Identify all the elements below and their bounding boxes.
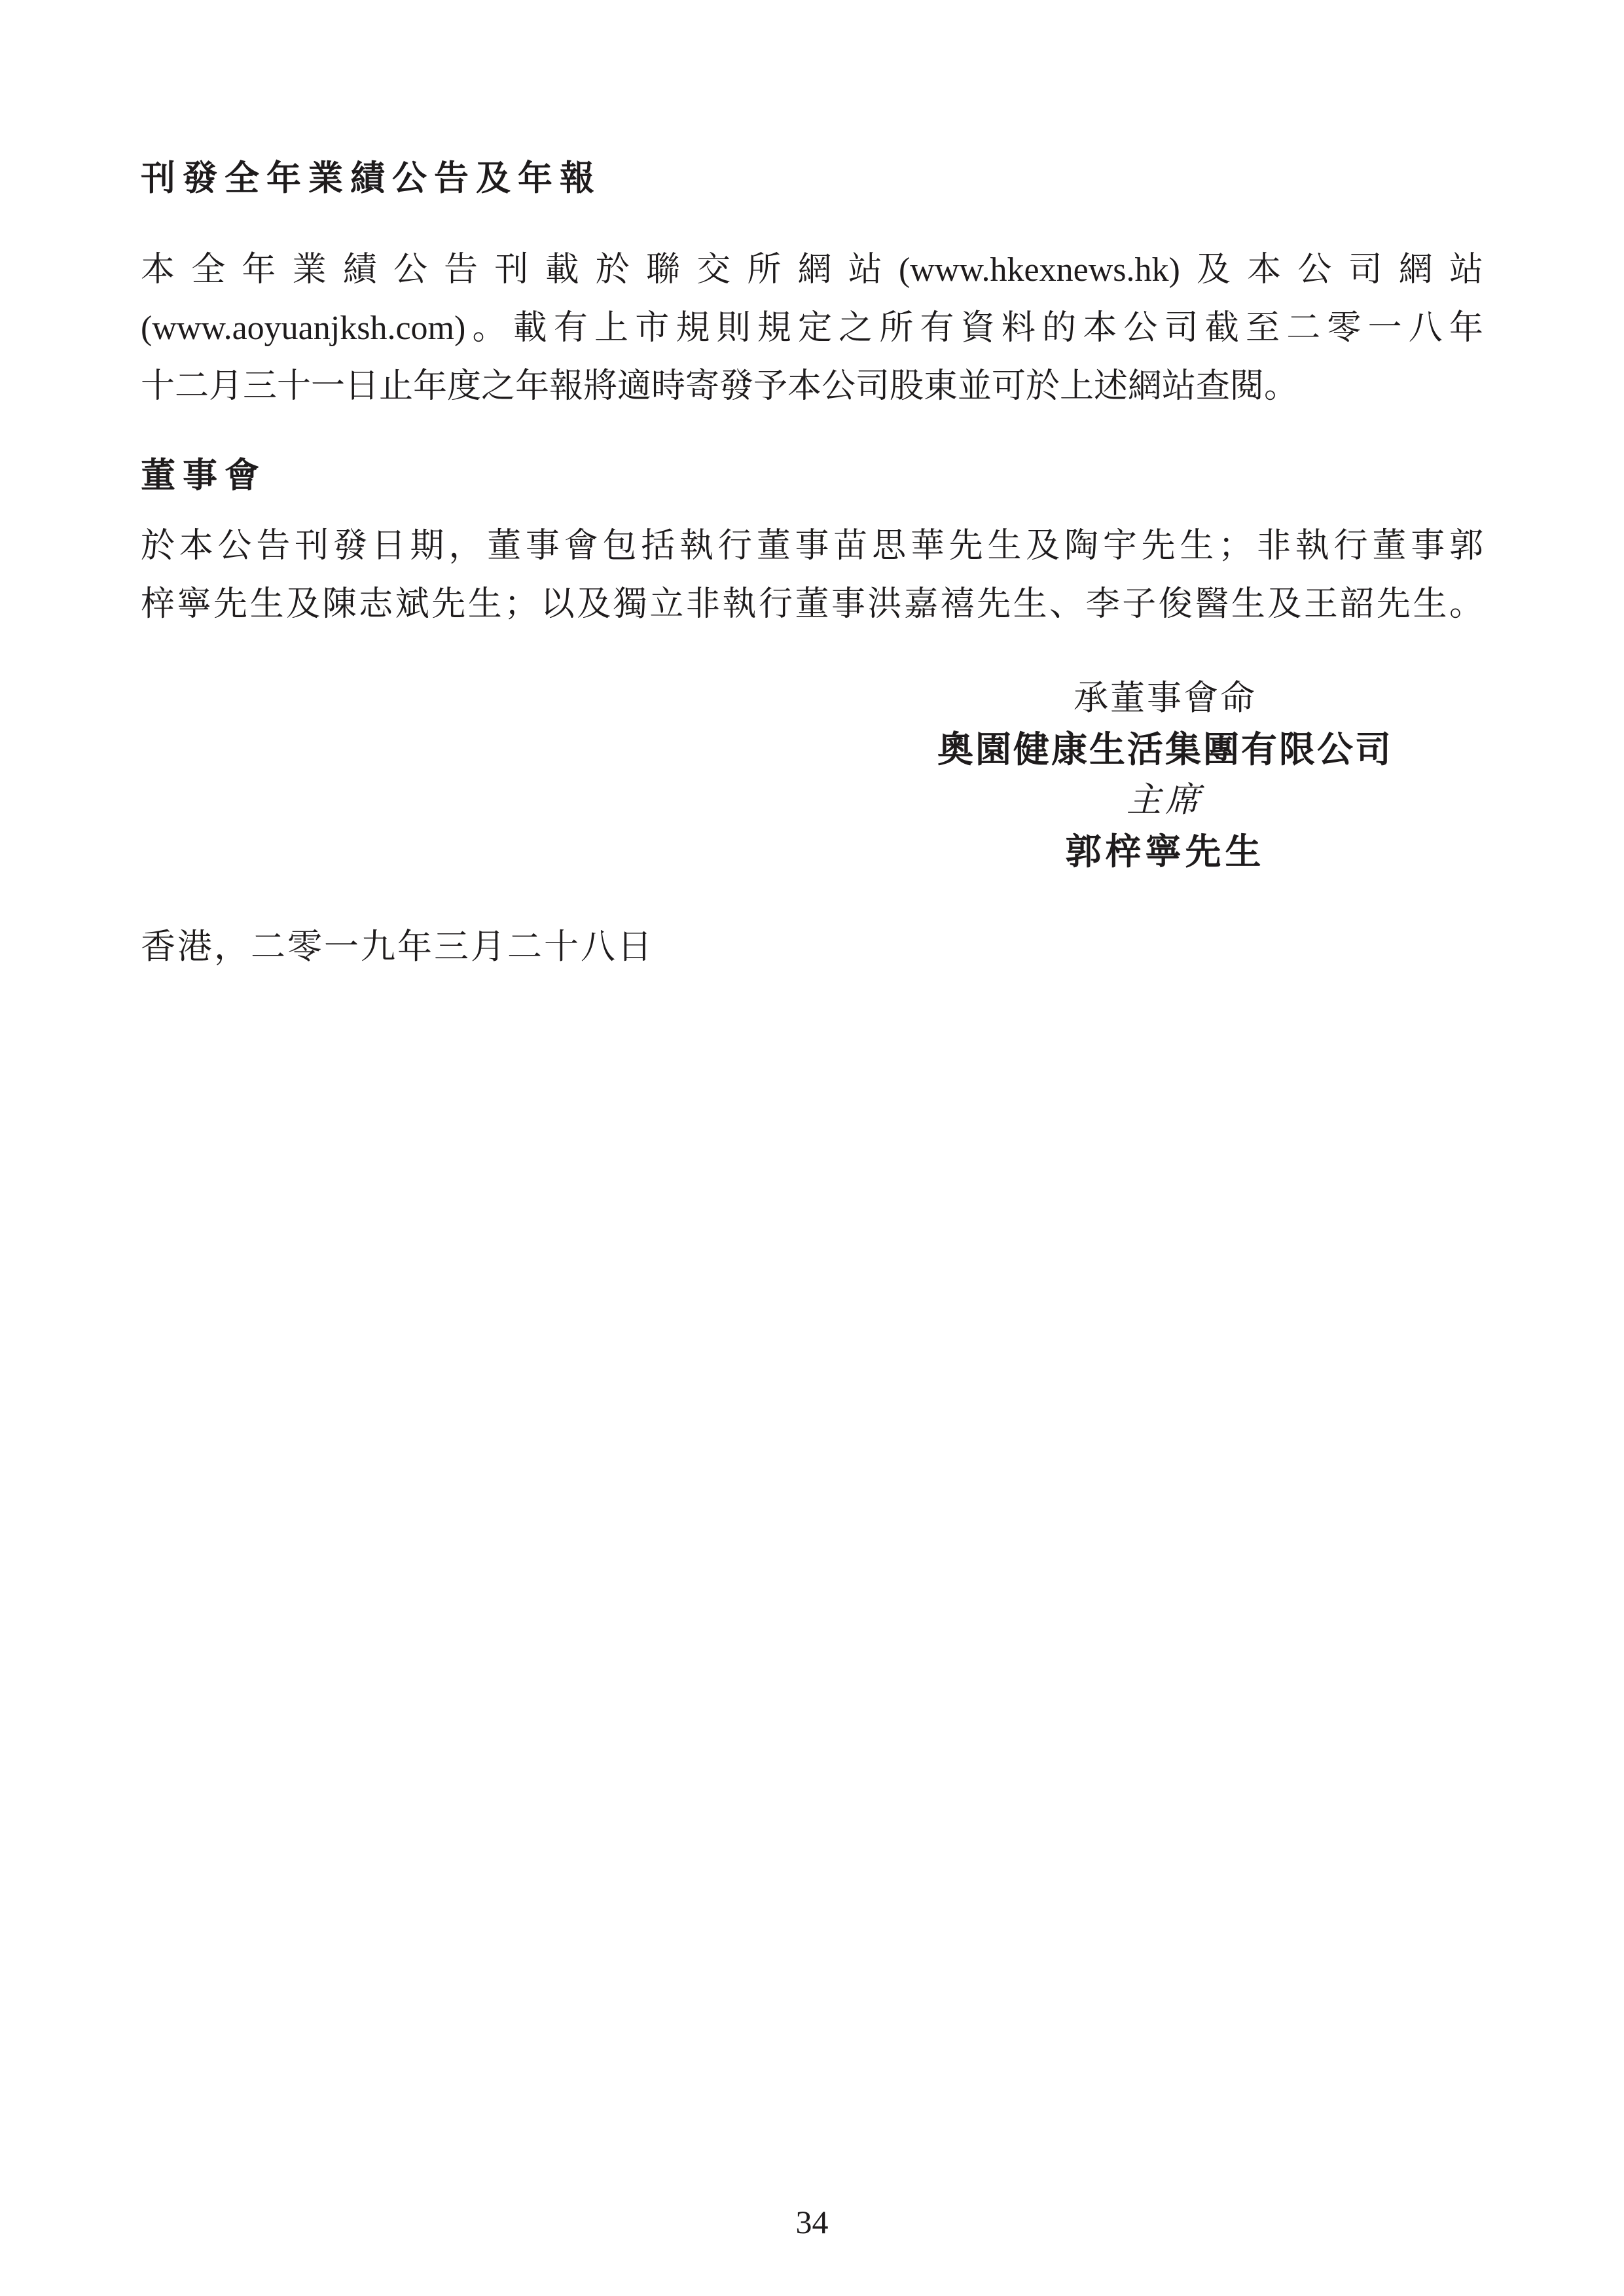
board-paragraph: 於本公告刊發日期，董事會包括執行董事苗思華先生及陶宇先生；非執行董事郭 梓寧先生… (141, 517, 1483, 634)
publication-section-heading: 刊發全年業績公告及年報 (141, 151, 602, 200)
board-section-heading: 董事會 (141, 448, 266, 497)
signature-block: 承董事會命 奧園健康生活集團有限公司 主席 郭梓寧先生 (707, 673, 1623, 877)
publication-paragraph-line: 十二月三十一日止年度之年報將適時寄發予本公司股東並可於上述網站查閱。 (141, 357, 1483, 416)
publication-paragraph-line: 本全年業績公告刊載於聯交所網站(www.hkexnews.hk)及本公司網站 (141, 241, 1483, 299)
signature-chairman-name: 郭梓寧先生 (707, 826, 1623, 877)
publication-paragraph-line: (www.aoyuanjksh.com)。載有上市規則規定之所有資料的本公司截至… (141, 299, 1483, 357)
signature-chairman-title: 主席 (707, 775, 1623, 826)
board-paragraph-line: 梓寧先生及陳志斌先生；以及獨立非執行董事洪嘉禧先生、李子俊醫生及王韶先生。 (141, 575, 1483, 634)
page-number: 34 (0, 2203, 1624, 2241)
signature-by-order-of-board: 承董事會命 (707, 673, 1623, 724)
signature-company-name: 奧園健康生活集團有限公司 (707, 724, 1623, 775)
publication-paragraph: 本全年業績公告刊載於聯交所網站(www.hkexnews.hk)及本公司網站 (… (141, 241, 1483, 416)
document-page: 刊發全年業績公告及年報 本全年業績公告刊載於聯交所網站(www.hkexnews… (0, 0, 1624, 2296)
board-paragraph-line: 於本公告刊發日期，董事會包括執行董事苗思華先生及陶宇先生；非執行董事郭 (141, 517, 1483, 575)
dateline: 香港，二零一九年三月二十八日 (141, 919, 654, 969)
